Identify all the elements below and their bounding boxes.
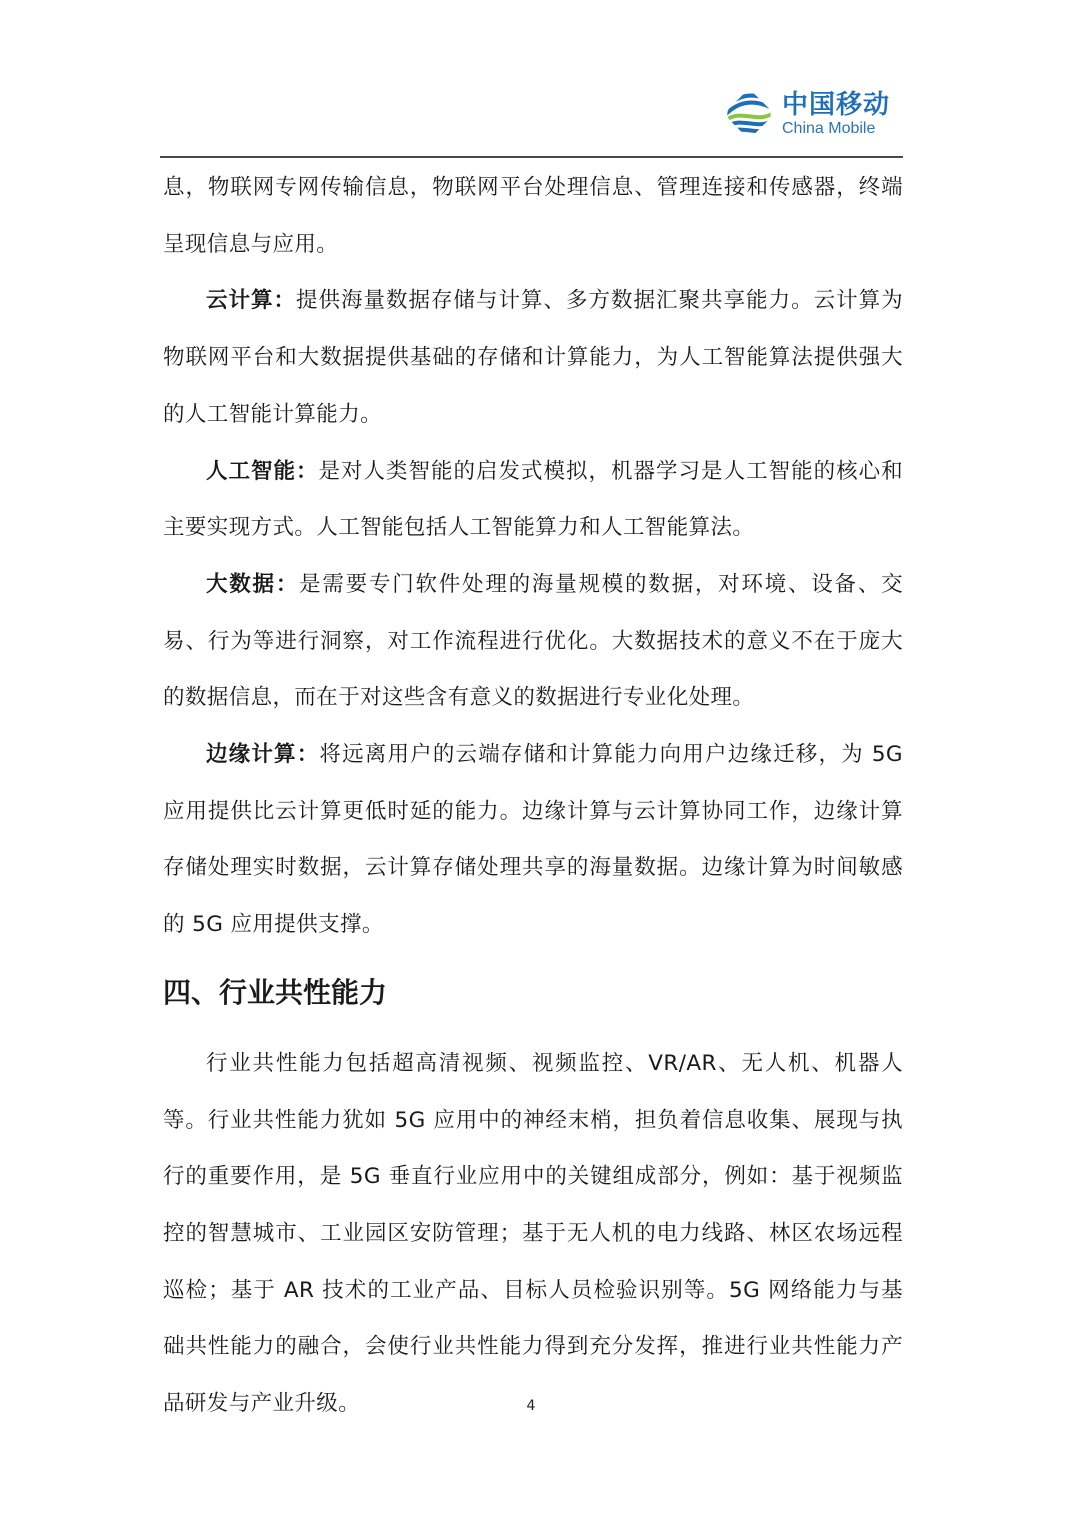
china-mobile-logo-icon bbox=[722, 87, 776, 141]
definition-term: 云计算： bbox=[206, 288, 296, 313]
definition-term: 边缘计算： bbox=[206, 742, 319, 767]
logo-english-name: China Mobile bbox=[782, 121, 890, 137]
logo-chinese-name: 中国移动 bbox=[782, 92, 890, 118]
continued-paragraph: 息，物联网专网传输信息，物联网平台处理信息、管理连接和传感器，终端呈现信息与应用… bbox=[163, 160, 903, 273]
definition-artificial-intelligence: 人工智能：是对人类智能的启发式模拟，机器学习是人工智能的核心和主要实现方式。人工… bbox=[163, 444, 903, 557]
china-mobile-logo: 中国移动 China Mobile bbox=[722, 86, 892, 142]
definition-cloud-computing: 云计算：提供海量数据存储与计算、多方数据汇聚共享能力。云计算为物联网平台和大数据… bbox=[163, 273, 903, 443]
definition-term: 人工智能： bbox=[206, 459, 319, 484]
document-body: 息，物联网专网传输信息，物联网平台处理信息、管理连接和传感器，终端呈现信息与应用… bbox=[163, 160, 903, 1433]
section-paragraph: 行业共性能力包括超高清视频、视频监控、VR/AR、无人机、机器人等。行业共性能力… bbox=[163, 1036, 903, 1433]
section-heading: 四、行业共性能力 bbox=[163, 958, 903, 1028]
definition-edge-computing: 边缘计算：将远离用户的云端存储和计算能力向用户边缘迁移，为 5G 应用提供比云计… bbox=[163, 727, 903, 954]
definition-big-data: 大数据：是需要专门软件处理的海量规模的数据，对环境、设备、交易、行为等进行洞察，… bbox=[163, 557, 903, 727]
header-divider bbox=[160, 156, 903, 158]
page-number: 4 bbox=[0, 1398, 1062, 1414]
definition-text: 将远离用户的云端存储和计算能力向用户边缘迁移，为 5G 应用提供比云计算更低时延… bbox=[163, 742, 903, 937]
definition-term: 大数据： bbox=[206, 572, 299, 597]
